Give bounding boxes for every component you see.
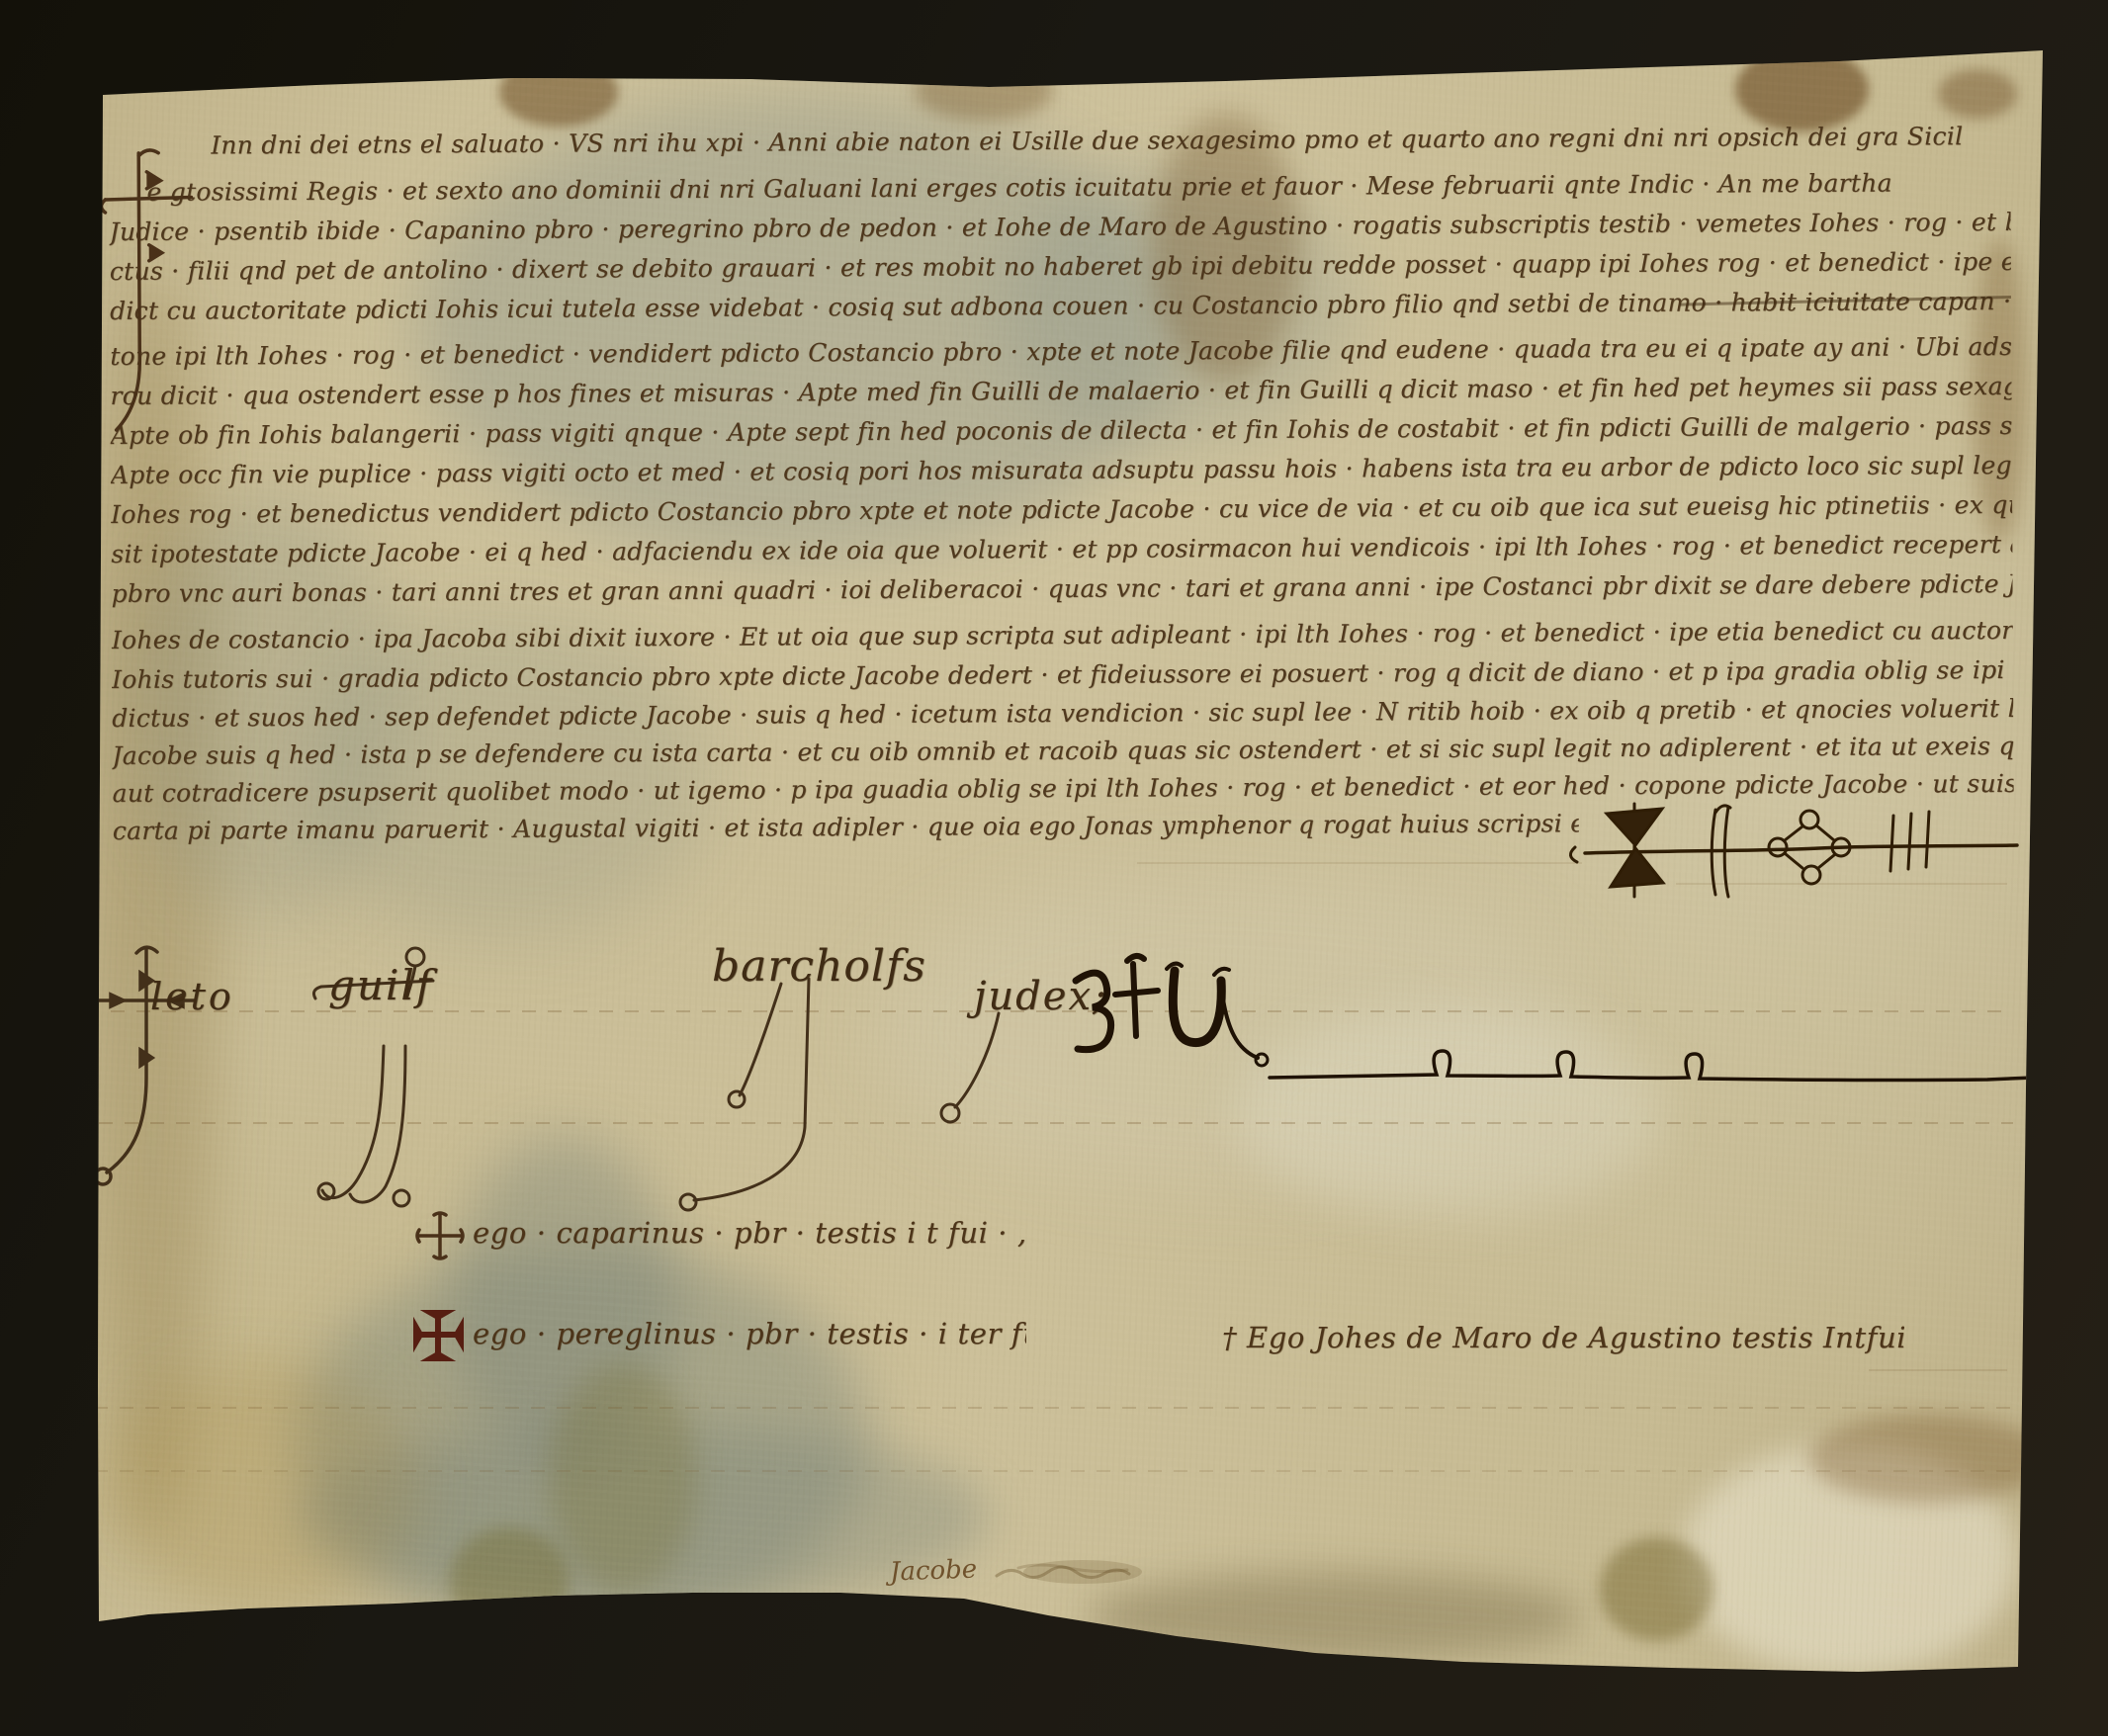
- charter-line: carta pi parte imanu paruerit · Augustal…: [113, 809, 1579, 845]
- bottom-note-jacobe: Jacobe: [890, 1554, 978, 1587]
- charter-line: Judice · psentib ibide · Capanino pbro ·…: [110, 208, 2011, 246]
- judex-descender: [929, 1008, 1048, 1137]
- signature-label-guilf: guilf: [328, 961, 433, 1009]
- charter-line: Iohes rog · et benedictus vendidert pdic…: [111, 490, 2012, 529]
- witness-line-3: † Ego Johes de Maro de Agustino testis I…: [1222, 1321, 1904, 1354]
- charter-line: Inn dni dei etns el saluato · VS nri ihu…: [211, 122, 2010, 160]
- bottom-note-smudge: [989, 1550, 1157, 1594]
- charter-line: e gtosissimi Regis · et sexto ano domini…: [146, 168, 2010, 207]
- judex-paraph-monogram: [1058, 949, 2047, 1117]
- charter-line: Apte occ fin vie puplice · pass vigiti o…: [111, 451, 2012, 489]
- charter-line: dict cu auctoritate pdicti Iohis icui tu…: [110, 287, 2011, 325]
- charter-line: pbro vnc auri bonas · tari anni tres et …: [111, 569, 2012, 608]
- charter-line: tone ipi lth Iohes · rog · et benedict ·…: [110, 332, 2011, 371]
- charter-line: rcu dicit · qua ostendert esse p hos fin…: [110, 372, 2011, 410]
- witness-line-2: ego · pereglinus · pbr · testis · i ter …: [473, 1317, 1026, 1350]
- charter-line: Jacobe suis q hed · ista p se defendere …: [112, 732, 2013, 770]
- charter-line: Apte ob fin Iohis balangerii · pass vigi…: [111, 411, 2012, 450]
- witness-line-1: ego · caparinus · pbr · testis i t fui ·…: [473, 1216, 1026, 1250]
- parchment-sheet: Inn dni dei etns el saluato · VS nri ihu…: [0, 0, 2108, 1736]
- witness-cross-2-red: [415, 1311, 463, 1360]
- photograph-background: Inn dni dei etns el saluato · VS nri ihu…: [0, 0, 2108, 1736]
- charter-line: sit ipotestate pdicte Jacobe · ei q hed …: [111, 530, 2012, 568]
- charter-line: Iohis tutoris sui · gradia pdicto Costan…: [112, 655, 2013, 694]
- charter-line: ctus · filii qnd pet de antolino · dixer…: [110, 247, 2011, 286]
- witness-cross-1: [415, 1211, 465, 1260]
- signature-label-leto: leto: [150, 975, 234, 1018]
- notary-sign-hourglass: [1567, 796, 2032, 910]
- charter-line: Iohes de costancio · ipa Jacoba sibi dix…: [112, 616, 2013, 654]
- charter-line: dictus · et suos hed · sep defendet pdic…: [112, 694, 2013, 733]
